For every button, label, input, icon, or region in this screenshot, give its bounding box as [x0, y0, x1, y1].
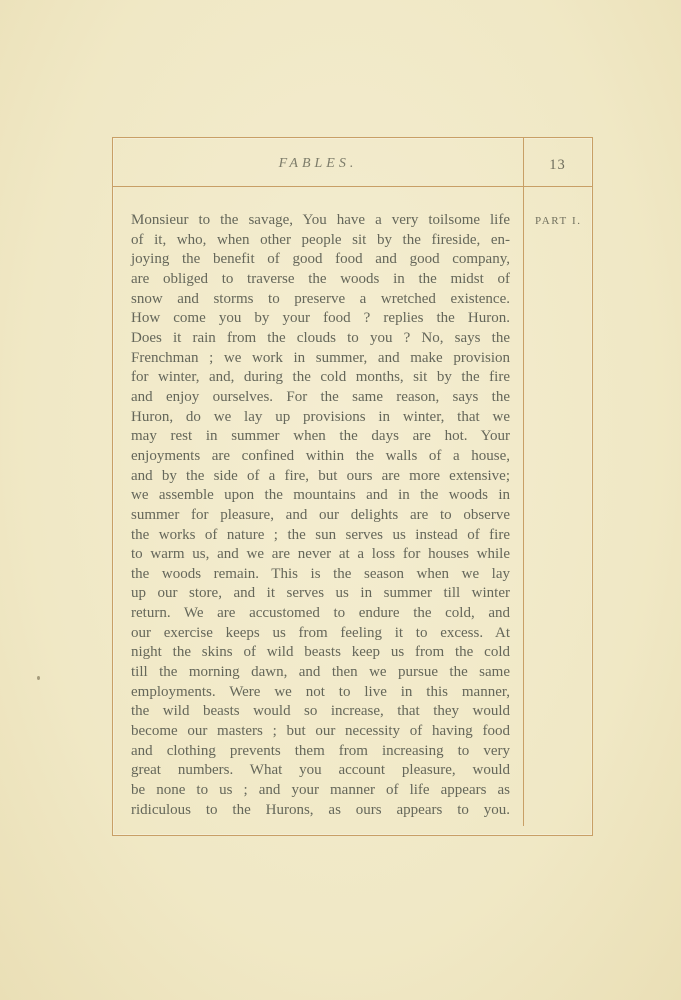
header-rule: [113, 186, 592, 187]
column-divider: [523, 138, 524, 826]
margin-note-part: PART I.: [535, 215, 592, 227]
page-number: 13: [523, 157, 592, 174]
running-title: FABLES.: [113, 156, 523, 172]
ink-speck: [37, 676, 40, 680]
body-text: Monsieur to the savage, You have a very …: [131, 211, 510, 820]
page-frame: FABLES. 13 Monsieur to the savage, You h…: [112, 137, 593, 836]
